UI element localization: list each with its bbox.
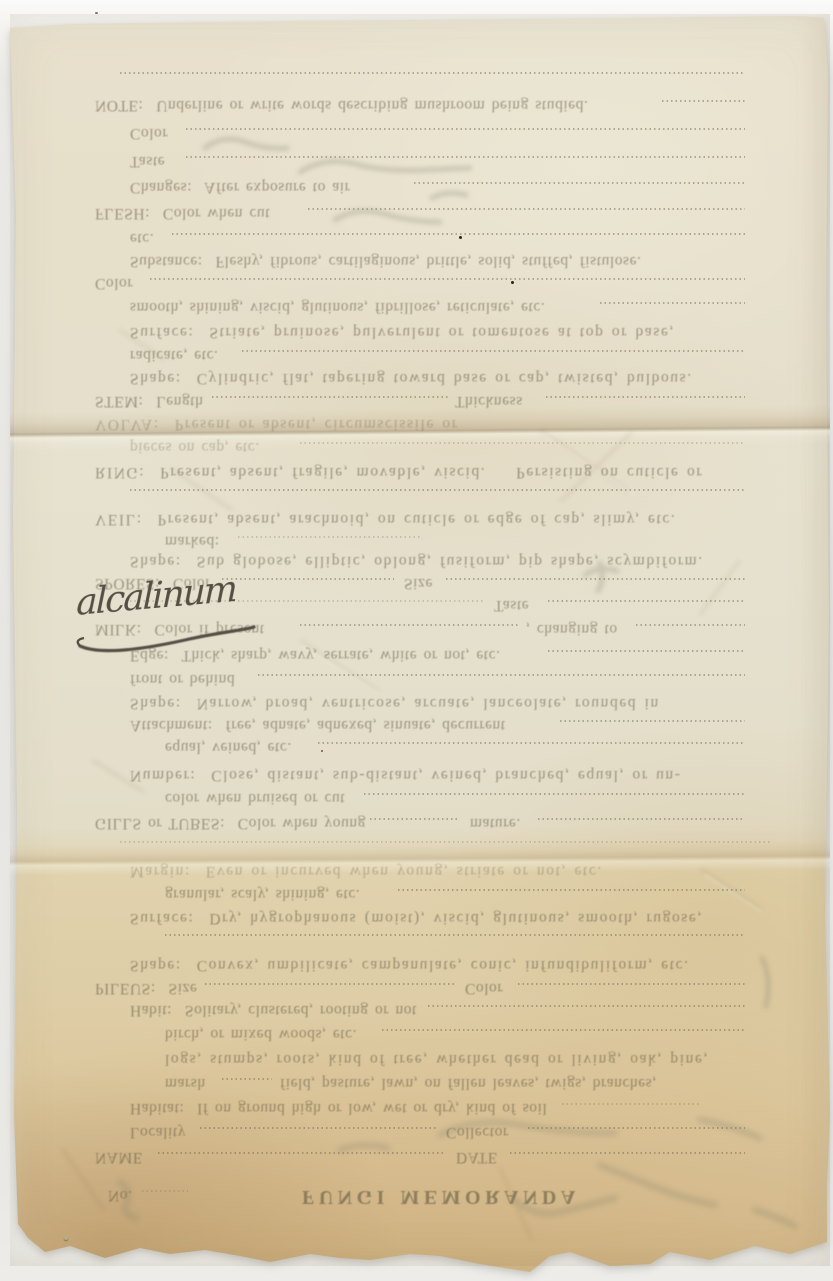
form-line-text: field, pasture, lawn, on fallen leaves, … (280, 1074, 657, 1093)
form-line-text: , changing to (526, 620, 618, 639)
form-line-text: MILK: Color if present (95, 620, 265, 639)
dotted-rule (222, 578, 394, 580)
form-line-text: front or behind (130, 670, 235, 689)
form-line-text: Taste (494, 596, 529, 615)
form-line-text: Changes: After exposure to air (130, 178, 350, 197)
dotted-rule (165, 934, 745, 936)
form-line-text: PILEUS: Size (95, 979, 197, 998)
dotted-rule (546, 396, 745, 398)
form-line-text: Number: Close, distant, sub-distant, vei… (130, 766, 682, 785)
rust-speck (321, 750, 323, 752)
dotted-rule (186, 156, 745, 158)
pinhole (64, 1236, 68, 1240)
form-line-text: marsh (165, 1074, 206, 1093)
dotted-rule (510, 1152, 745, 1154)
form-line-text: Color (95, 274, 133, 293)
dotted-rule (662, 100, 745, 102)
dotted-rule (300, 624, 520, 626)
form-line-text: Shape: Cylindric, flat, tapering toward … (130, 369, 693, 388)
dotted-rule (186, 128, 745, 130)
dotted-rule (364, 793, 745, 795)
form-line-text: NOTE: Underline or write words describin… (95, 96, 588, 115)
dotted-rule (528, 1127, 745, 1129)
dotted-rule (200, 1127, 436, 1129)
form-line-text: Habit: Solitary, clustered, rooting or n… (130, 1001, 417, 1020)
form-line-text: pieces on cap, etc. (130, 438, 260, 457)
dotted-rule (120, 72, 745, 74)
form-line-text: equal, veined, etc. (165, 738, 292, 757)
dotted-rule (212, 396, 448, 398)
form-line-text: NAME (95, 1148, 143, 1167)
form-line-text: FLESH: Color when cut (95, 204, 270, 223)
form-line-text: Size (404, 574, 433, 593)
form-line-text: color when bruised or cut (165, 789, 345, 808)
dotted-rule (120, 841, 770, 843)
form-title-showthrough: FUNGI MEMORANDA (302, 1184, 580, 1210)
dust-speck (95, 12, 98, 14)
dotted-rule (562, 1103, 700, 1105)
form-line-text: Shape: Narrow, broad, ventricose, arcuat… (130, 694, 660, 713)
dotted-rule (242, 350, 745, 352)
dotted-rule (172, 233, 745, 235)
form-line-text: Taste (130, 152, 165, 171)
dotted-rule (318, 742, 745, 744)
dotted-rule (538, 818, 745, 820)
form-line-text: Color (130, 124, 168, 143)
ink-speck (459, 236, 462, 239)
dotted-rule (518, 983, 745, 985)
form-line-text: Surface: Dry, hygrophanous (moist), visc… (130, 909, 703, 928)
form-line-text: GILLS or TUBES: Color when young (95, 814, 366, 833)
form-line-text: mature. (470, 814, 521, 833)
form-layer: NOTE: Underline or write words describin… (0, 0, 833, 1281)
dotted-rule (428, 1005, 745, 1007)
dotted-rule (142, 1190, 188, 1192)
photograph-of-document: NOTE: Underline or write words describin… (0, 0, 833, 1281)
form-line-text: DATE (456, 1148, 498, 1167)
dotted-rule (636, 624, 745, 626)
dotted-rule (308, 208, 745, 210)
ink-speck (511, 281, 514, 284)
dotted-rule (258, 674, 745, 676)
form-line-text: Habitat: If on ground high or low, wet o… (130, 1099, 547, 1118)
form-line-text: Surface: Striate, pruinose, pulverulent … (130, 323, 675, 342)
form-line-text: radicate, etc. (130, 346, 218, 365)
dotted-rule (414, 182, 745, 184)
form-line-text: granular, scaly, shining, etc. (165, 885, 360, 904)
form-line-text: Attachment: free, adnate, adnexed, sinua… (130, 716, 506, 735)
form-line-text: Locality (130, 1123, 186, 1142)
form-line-text: Shape: Convex, umbilicate, campanulate, … (130, 956, 690, 975)
form-line-text: RING: Present, absent, fragile, movable,… (95, 463, 703, 482)
dotted-rule (222, 1078, 272, 1080)
dotted-rule (300, 442, 745, 444)
form-line-text: VEIL: Present, absent, arachnoid, on cut… (95, 510, 676, 529)
form-line-text: birch, or mixed woods, etc. (165, 1025, 357, 1044)
dotted-rule (158, 1152, 446, 1154)
dotted-rule (205, 983, 455, 985)
form-line-text: Collector (446, 1123, 509, 1142)
form-line-text: VOLVA: Present or absent, circumscissile… (95, 415, 459, 434)
form-line-text: Thickness (455, 392, 523, 411)
dotted-rule (150, 278, 745, 280)
form-line-text: Edge: Thick, sharp, wavy, serrate, white… (130, 646, 501, 665)
dotted-rule (548, 650, 745, 652)
dotted-rule (238, 536, 420, 538)
dotted-rule (398, 889, 745, 891)
form-line-text: logs, stumps, roots, kind of tree, wheth… (165, 1050, 709, 1069)
dotted-rule (382, 1029, 745, 1031)
dotted-rule (130, 489, 745, 491)
dotted-rule (446, 578, 745, 580)
form-line-text: marked: (165, 532, 220, 551)
form-line-text: Shape: Sub globose, elliptic, oblong, fu… (130, 552, 704, 571)
dotted-rule (600, 302, 745, 304)
form-line-text: Substance: Fleshy, fibrous, cartilaginou… (130, 252, 641, 271)
form-line-text: smooth, shining, viscid, glutinous, fibr… (130, 298, 545, 317)
form-line-text: Color (465, 979, 503, 998)
form-line-text: etc. (130, 229, 154, 248)
dotted-rule (370, 818, 460, 820)
form-line-text: Margin: Even or incurved when young, str… (130, 862, 603, 881)
dotted-rule (560, 720, 745, 722)
dotted-rule (548, 600, 745, 602)
form-line-text: STEM: Length (95, 392, 203, 411)
form-line-text: No. (108, 1186, 132, 1205)
